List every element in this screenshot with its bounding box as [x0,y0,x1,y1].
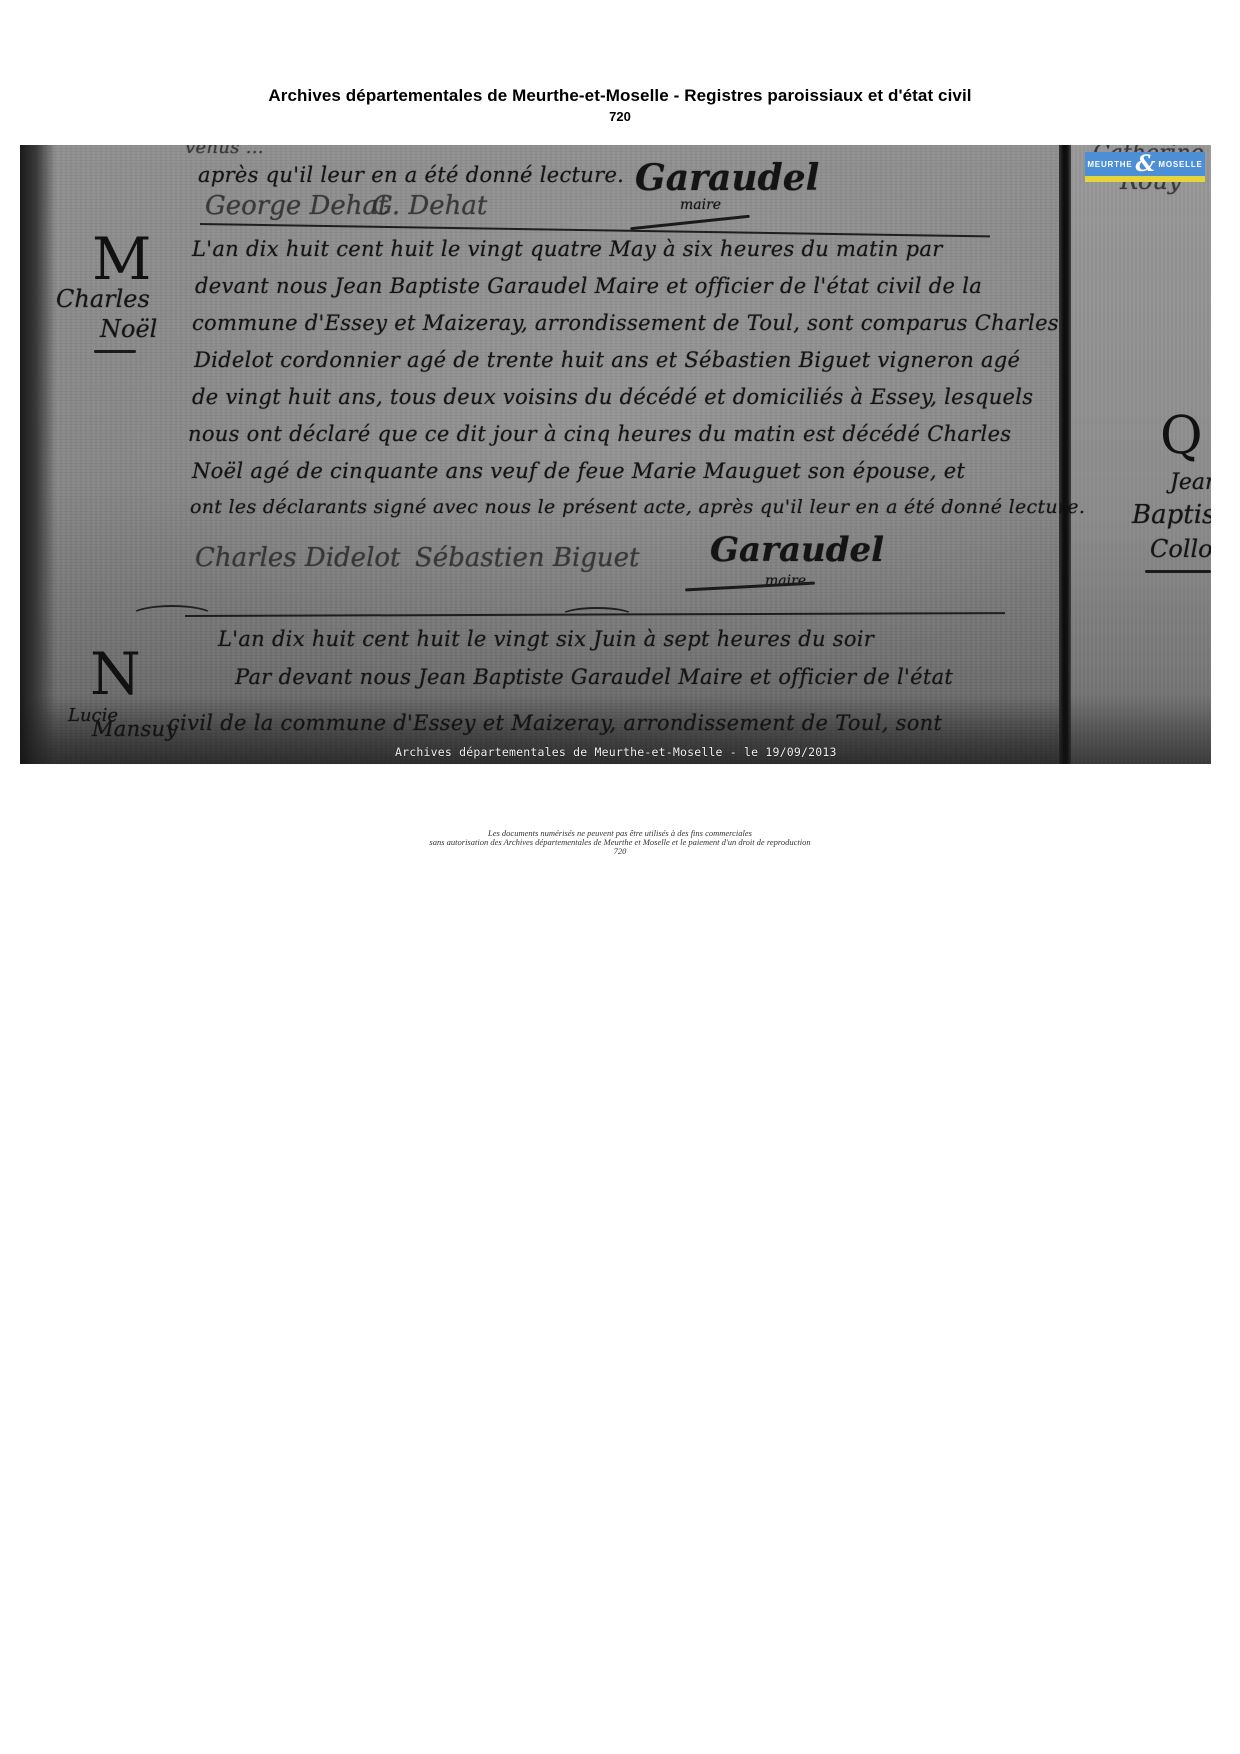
right-margin-name-3: Collot [1150,535,1211,563]
mayor-flourish-top [630,215,750,231]
logo-ampersand-icon: & [1136,153,1156,175]
mayor-signature-top: Garaudel [635,157,819,199]
archive-watermark: Archives départementales de Meurthe-et-M… [395,745,837,759]
mayor-title-top: maire [680,197,721,213]
act-n-line-2: Par devant nous Jean Baptiste Garaudel M… [235,665,953,689]
page-number: 720 [0,109,1240,124]
previous-act-closing: après qu'il leur en a été donné lecture. [198,163,624,187]
page-title: Archives départementales de Meurthe-et-M… [0,86,1240,106]
logo-banner: MEURTHE & MOSELLE [1085,152,1205,176]
page-gutter [1059,145,1071,764]
act-m-line-8: ont les déclarants signé avec nous le pr… [190,496,1085,518]
signature-sebastien-biguet: Sébastien Biguet [415,543,640,573]
right-margin-underline [1145,570,1211,573]
mayor-signature-m: Garaudel [710,530,884,570]
margin-underline-m [94,350,136,353]
margin-letter-m: M [92,230,151,288]
meurthe-et-moselle-logo: MEURTHE & MOSELLE [1085,152,1205,183]
logo-yellow-strip [1085,176,1205,182]
act-m-line-4: Didelot cordonnier agé de trente huit an… [194,348,1020,372]
right-margin-name-1: Jean [1170,470,1211,495]
signature-g-dehat: G. Dehat [372,191,487,221]
signature-charles-didelot: Charles Didelot [195,543,401,573]
act-m-line-6: nous ont déclaré que ce dit jour à cinq … [188,422,1011,446]
act-n-line-1: L'an dix huit cent huit le vingt six Jui… [218,627,874,651]
signature-flourish-2 [560,607,634,625]
usage-notice: Les documents numérisés ne peuvent pas ê… [0,829,1240,856]
logo-word-moselle: MOSELLE [1158,160,1202,169]
scanned-register-image: venus ... après qu'il leur en a été donn… [20,145,1211,764]
margin-name-charles: Charles [56,285,150,313]
separator-line-1 [200,223,990,237]
act-m-line-7: Noël agé de cinquante ans veuf de feue M… [192,459,965,483]
signature-george-dehat: George Dehat [205,191,388,221]
act-m-line-3: commune d'Essey et Maizeray, arrondissem… [192,311,1059,335]
footer-page-number: 720 [0,847,1240,856]
act-m-line-5: de vingt huit ans, tous deux voisins du … [192,385,1033,409]
binding-shadow [20,145,56,764]
right-margin-name-2: Baptiste [1132,500,1211,530]
act-m-line-1: L'an dix huit cent huit le vingt quatre … [192,237,943,261]
margin-letter-q: Q [1160,410,1203,462]
logo-word-meurthe: MEURTHE [1087,160,1132,169]
act-m-line-2: devant nous Jean Baptiste Garaudel Maire… [195,274,982,298]
top-fragment: venus ... [185,145,264,158]
margin-name-noel: Noël [100,315,157,343]
